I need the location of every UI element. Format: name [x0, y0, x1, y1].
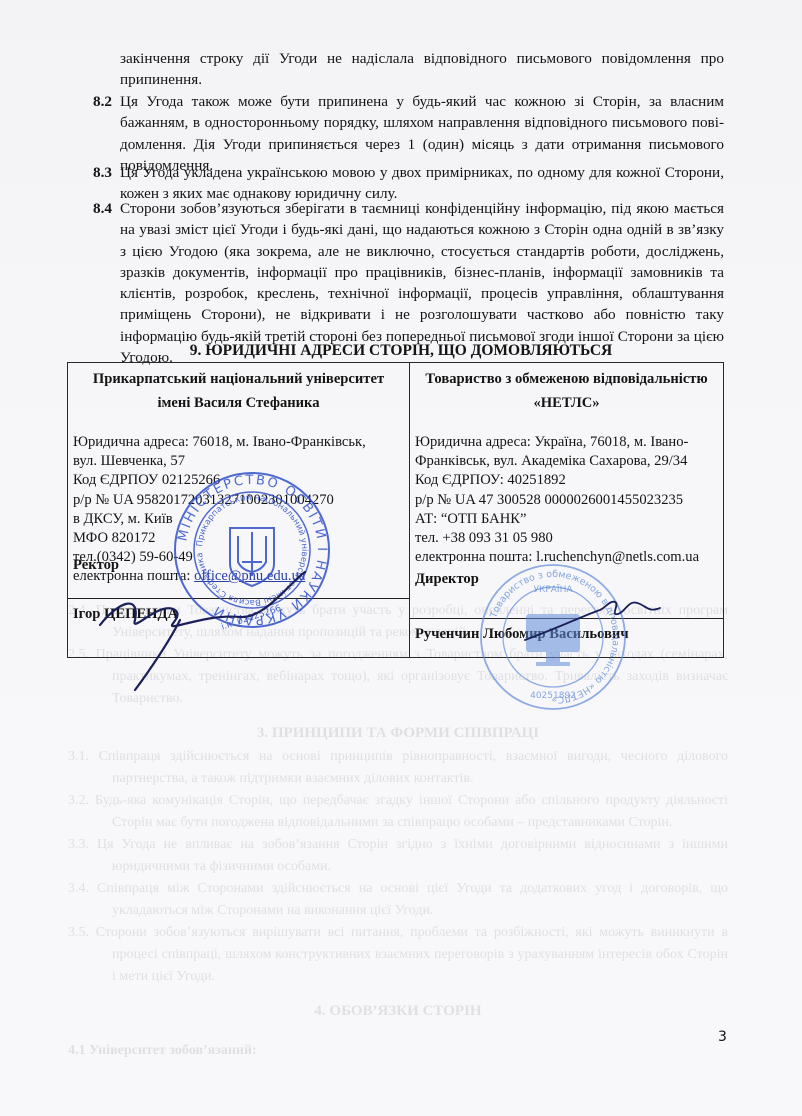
scanned-page: 2.4. Представники Товариства можуть брат…: [0, 0, 802, 1116]
party-addresses-table: Прикарпатський національний університет …: [67, 362, 724, 658]
email-link[interactable]: office@pnu.edu.ua: [194, 568, 305, 584]
detail-line: вул. Шевченка, 57: [73, 452, 409, 471]
detail-line: Код ЄДРПОУ: 40251892: [415, 471, 723, 490]
party-left-signatory: Ігор ЦЕПЕНДА: [73, 605, 178, 624]
clause-number: 8.2: [93, 91, 112, 112]
detail-line: МФО 820172: [73, 529, 409, 548]
ghost-item: 3.3. Ця Угода не впливає на зобов’язання…: [68, 834, 728, 878]
detail-line: АТ: “ОТП БАНК”: [415, 510, 723, 529]
detail-line: Юридична адреса: 76018, м. Івано-Франків…: [73, 433, 409, 452]
ghost-item: 3.4. Співпраця між Сторонами здійснюєтьс…: [68, 878, 728, 922]
detail-line: тел. +38 093 31 05 980: [415, 529, 723, 548]
detail-line: Код ЄДРПОУ 02125266: [73, 471, 409, 490]
detail-line: тел.(0342) 59-60-49: [73, 548, 409, 567]
page-number: 3: [718, 1029, 727, 1045]
detail-line: Франківськ, вул. Академіка Сахарова, 29/…: [415, 452, 723, 471]
ghost-heading: 4. ОБОВ’ЯЗКИ СТОРІН: [68, 1000, 728, 1022]
detail-line: р/р № UA 47 300528 0000026001455023235: [415, 491, 723, 510]
detail-line: р/р № UA 958201720313271002301004270: [73, 491, 409, 510]
signature-line: [68, 598, 409, 599]
ghost-item: 3.1. Співпраця здійснюється на основі пр…: [68, 746, 728, 790]
party-right-name: Товариство з обмеженою відповідальністю …: [410, 363, 723, 415]
party-left-name: Прикарпатський національний університет …: [68, 363, 409, 415]
ghost-item: 3.5. Сторони зобов’язуються вирішувати в…: [68, 922, 728, 988]
detail-line: електронна пошта: l.ruchenchyn@netls.com…: [415, 548, 723, 567]
party-right-signatory: Рученчин Любомир Васильович: [415, 625, 629, 644]
party-right-cell: Товариство з обмеженою відповідальністю …: [410, 363, 724, 658]
clause-number: 8.4: [93, 198, 112, 219]
signature-line: [410, 618, 723, 619]
detail-line: в ДКСУ, м. Київ: [73, 510, 409, 529]
clause-number: 8.3: [93, 162, 112, 183]
party-left-cell: Прикарпатський національний університет …: [68, 363, 410, 658]
party-left-details: Юридична адреса: 76018, м. Івано-Франків…: [68, 415, 409, 587]
detail-line: Юридична адреса: Україна, 76018, м. Іван…: [415, 433, 723, 452]
ghost-heading: 3. ПРИНЦИПИ ТА ФОРМИ СПІВПРАЦІ: [68, 722, 728, 744]
party-left-role: Ректор: [73, 556, 119, 575]
party-right-details: Юридична адреса: Україна, 76018, м. Іван…: [410, 415, 723, 567]
ghost-item: 3.2. Будь-яка комунікація Сторін, що пер…: [68, 790, 728, 834]
party-right-role: Директор: [415, 570, 479, 589]
email-line: електронна пошта: office@pnu.edu.ua: [73, 567, 409, 586]
clause-text: закінчення строку дії Угоди не надіслала…: [120, 48, 724, 91]
clause-8-1-continuation: закінчення строку дії Угоди не надіслала…: [120, 48, 724, 91]
section-title: 9. ЮРИДИЧНІ АДРЕСИ СТОРІН, ЩО ДОМОВЛЯЮТЬ…: [0, 342, 802, 360]
bleed-through-text: 2.4. Представники Товариства можуть брат…: [68, 600, 728, 1062]
ghost-subheading: 4.1 Університет зобов’язаний:: [68, 1040, 728, 1062]
